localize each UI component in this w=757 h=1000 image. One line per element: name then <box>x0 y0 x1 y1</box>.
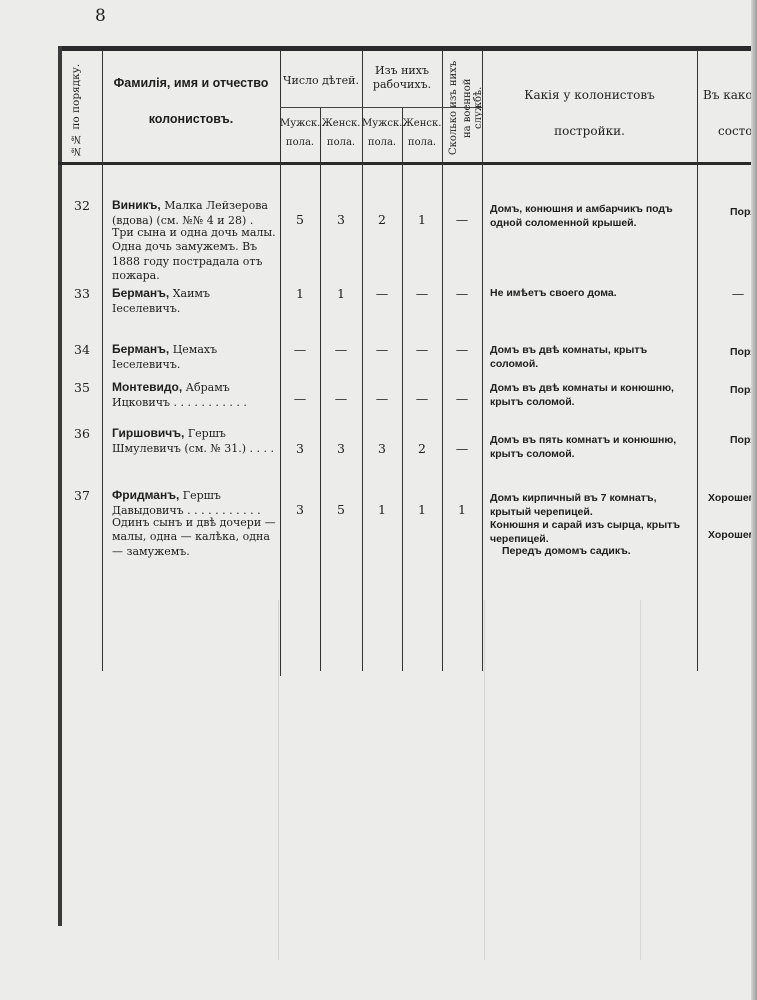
children-female: 3 <box>320 212 362 227</box>
col-divider <box>102 51 103 671</box>
header-children-male-2: пола. <box>280 137 320 150</box>
children-female: 5 <box>320 502 362 517</box>
header-military-2: на военной службѣ. <box>462 56 484 160</box>
workers-male: 3 <box>362 441 402 456</box>
buildings: Домъ въ двѣ комнаты, крытъ соломой. <box>490 344 690 371</box>
row-no: 33 <box>68 286 96 301</box>
buildings: Домъ въ пять комнатъ и конюшню, крытъ со… <box>490 434 690 461</box>
page-edge <box>751 0 757 1000</box>
buildings: Домъ кирпичный въ 7 комнатъ, крытый чере… <box>490 492 690 519</box>
children-male: — <box>280 342 320 357</box>
military: — <box>442 212 482 227</box>
row-no: 32 <box>68 198 96 213</box>
children-male: 5 <box>280 212 320 227</box>
table-left-border <box>58 46 62 926</box>
header-workers-male: Мужск. <box>362 118 402 131</box>
header-workers-2: рабочихъ. <box>362 78 442 92</box>
table-top-border <box>58 46 757 51</box>
workers-male: — <box>362 391 402 406</box>
military: — <box>442 441 482 456</box>
buildings: Не имѣетъ своего дома. <box>490 287 690 301</box>
header-children-female-2: пола. <box>320 137 362 150</box>
workers-female: — <box>402 286 442 301</box>
header-children-female: Женск. <box>320 118 362 131</box>
header-condition-1: Въ какомъ <box>703 88 757 103</box>
workers-female: 1 <box>402 502 442 517</box>
page-number: 8 <box>95 6 106 26</box>
row-no: 37 <box>68 488 96 503</box>
header-buildings-1: Какія у колонистовъ <box>482 88 697 103</box>
workers-male: 2 <box>362 212 402 227</box>
military: 1 <box>442 502 482 517</box>
header-name-2: колонистовъ. <box>102 112 280 128</box>
header-children-male: Мужск. <box>280 118 320 131</box>
header-workers-male-2: пола. <box>362 137 402 150</box>
military: — <box>442 342 482 357</box>
surname: Фридманъ, <box>112 488 179 502</box>
col-divider <box>697 51 698 671</box>
children-male: — <box>280 391 320 406</box>
children-female: 1 <box>320 286 362 301</box>
row-no: 36 <box>68 426 96 441</box>
workers-male: 1 <box>362 502 402 517</box>
buildings: Домъ въ двѣ комнаты и конюшню, крытъ сол… <box>490 382 690 409</box>
buildings: Домъ, конюшня и амбарчикъ подъ одной сол… <box>490 203 690 230</box>
colonists-table: №№ по порядку. Фамилія, имя и отчество к… <box>58 46 757 676</box>
children-female: — <box>320 391 362 406</box>
col-divider <box>402 108 403 671</box>
row-no: 34 <box>68 342 96 357</box>
header-divider <box>58 162 757 165</box>
workers-male: — <box>362 342 402 357</box>
military: — <box>442 391 482 406</box>
header-workers-female-2: пола. <box>402 137 442 150</box>
surname: Гиршовичъ, <box>112 426 184 440</box>
children-male: 3 <box>280 441 320 456</box>
workers-female: — <box>402 342 442 357</box>
show-through-line <box>484 600 485 960</box>
show-through-line <box>278 600 279 960</box>
condition: Хорошемъ. <box>708 492 757 506</box>
workers-female: 1 <box>402 212 442 227</box>
condition-2: Хорошемъ. <box>708 529 757 543</box>
surname: Виникъ, <box>112 198 161 212</box>
workers-female: — <box>402 391 442 406</box>
military: — <box>442 286 482 301</box>
header-buildings-2: постройки. <box>482 124 697 139</box>
buildings-2: Конюшня и сарай изъ сырца, крытъ черепиц… <box>490 519 690 546</box>
surname: Монтевидо, <box>112 380 182 394</box>
header-name-1: Фамилія, имя и отчество <box>102 76 280 92</box>
surname: Берманъ, <box>112 342 169 356</box>
children-female: — <box>320 342 362 357</box>
col-divider <box>320 108 321 671</box>
header-workers-female: Женск. <box>402 118 442 131</box>
surname: Берманъ, <box>112 286 169 300</box>
col-divider <box>442 51 443 671</box>
workers-female: 2 <box>402 441 442 456</box>
note: Одинъ сынъ и двѣ дочери — малы, одна — к… <box>112 516 276 559</box>
header-military-1: Сколько изъ нихъ <box>448 56 459 160</box>
header-children: Число дѣтей. <box>280 74 362 88</box>
header-no: №№ по порядку. <box>70 61 82 159</box>
header-workers-1: Изъ нихъ <box>362 64 442 78</box>
buildings-3: Передъ домомъ садикъ. <box>502 545 702 559</box>
workers-male: — <box>362 286 402 301</box>
children-male: 3 <box>280 502 320 517</box>
children-male: 1 <box>280 286 320 301</box>
note: Три сына и одна дочь малы. Одна дочь зам… <box>112 226 276 283</box>
children-female: 3 <box>320 441 362 456</box>
row-no: 35 <box>68 380 96 395</box>
show-through-line <box>640 600 641 960</box>
